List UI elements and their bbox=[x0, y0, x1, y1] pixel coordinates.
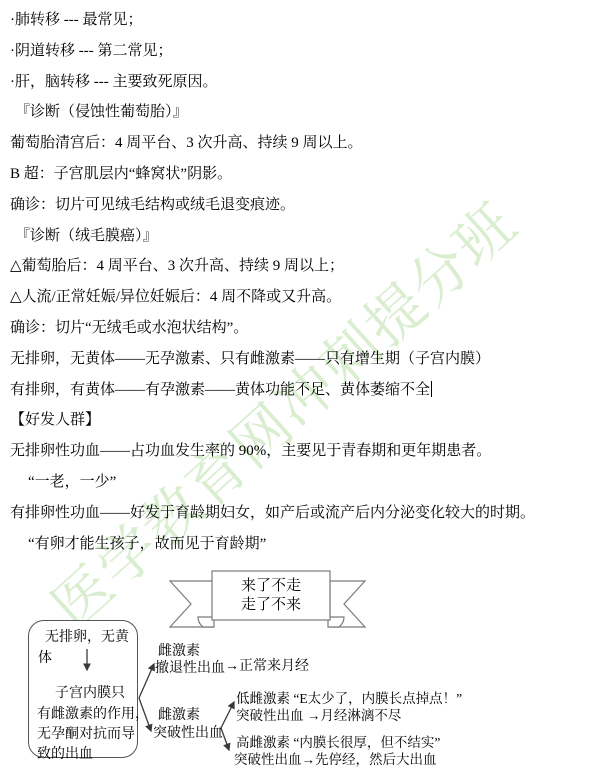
arrow-to-low-estrogen-icon bbox=[221, 702, 234, 728]
doc-line[interactable]: 确诊：切片可见绒毛结构或绒毛退变痕迹。 bbox=[10, 190, 613, 221]
doc-line[interactable]: 确诊：切片“无绒毛或水泡状结构”。 bbox=[10, 313, 613, 344]
ribbon-banner: 来了不走 走了不来 bbox=[212, 572, 330, 620]
low-estrogen-line-2: 突破性出血 →月经淋漓不尽 bbox=[236, 708, 401, 724]
low-estrogen-line-1: 低雌激素 “E太少了，内膜长点掉点！” bbox=[236, 691, 462, 707]
doc-line[interactable]: △葡萄胎后：4 周平台、3 次升高、持续 9 周以上； bbox=[10, 251, 613, 282]
box-line: 体 bbox=[38, 647, 52, 667]
withdrawal-result: →正常来月经 bbox=[225, 659, 309, 675]
withdrawal-label-1: 雌激素 bbox=[158, 644, 200, 660]
document-text-area[interactable]: ·肺转移 --- 最常见； ·阴道转移 --- 第二常见； ·肝，脑转移 ---… bbox=[0, 0, 613, 559]
doc-line[interactable]: “一老，一少” bbox=[10, 467, 613, 498]
withdrawal-label-2: 撤退性出血 bbox=[155, 661, 225, 677]
doc-line[interactable]: ·肺转移 --- 最常见； bbox=[10, 5, 613, 36]
doc-heading[interactable]: 『诊断（侵蚀性葡萄胎）』 bbox=[10, 97, 613, 128]
flow-diagram: 来了不走 走了不来 无排卵，无黄 体 子宫内膜只 有雌激素的作用， 无孕酮对抗而… bbox=[0, 560, 613, 767]
down-arrow-icon bbox=[81, 648, 93, 678]
doc-line[interactable]: “有卵才能生孩子，故而见于育龄期” bbox=[10, 529, 613, 560]
doc-line[interactable]: 无排卵，无黄体——无孕激素、只有雌激素——只有增生期（子宫内膜） bbox=[10, 344, 613, 375]
breakthrough-label-1: 雌激素 bbox=[158, 708, 200, 724]
doc-line[interactable]: 无排卵性功血——占功血发生率的 90%，主要见于青春期和更年期患者。 bbox=[10, 436, 613, 467]
doc-line[interactable]: ·阴道转移 --- 第二常见； bbox=[10, 36, 613, 67]
box-line: 无排卵，无黄 bbox=[45, 626, 129, 646]
doc-line[interactable]: 有排卵性功血——好发于育龄期妇女，如产后或流产后内分泌变化较大的时期。 bbox=[10, 498, 613, 529]
box-line: 致的出血 bbox=[37, 743, 93, 763]
doc-line[interactable]: 葡萄胎清宫后：4 周平台、3 次升高、持续 9 周以上。 bbox=[10, 128, 613, 159]
box-line: 子宫内膜只 bbox=[55, 682, 125, 702]
anovulation-box: 无排卵，无黄 体 子宫内膜只 有雌激素的作用， 无孕酮对抗而导 致的出血 bbox=[28, 620, 138, 758]
box-line: 有雌激素的作用， bbox=[37, 703, 149, 723]
banner-line: 来了不走 bbox=[241, 577, 301, 596]
doc-line[interactable]: B 超：子宫肌层内“蜂窝状”阴影。 bbox=[10, 159, 613, 190]
box-line: 无孕酮对抗而导 bbox=[37, 723, 135, 743]
doc-line[interactable]: 有排卵，有黄体——有孕激素——黄体功能不足、黄体萎缩不全 bbox=[10, 375, 613, 406]
doc-heading[interactable]: 【好发人群】 bbox=[10, 405, 613, 436]
banner-line: 走了不来 bbox=[241, 596, 301, 615]
breakthrough-label-2: 突破性出血 bbox=[153, 726, 223, 742]
arrow-to-withdrawal-icon bbox=[139, 664, 154, 698]
doc-line[interactable]: ·肝，脑转移 --- 主要致死原因。 bbox=[10, 67, 613, 98]
doc-heading[interactable]: 『诊断（绒毛膜癌）』 bbox=[10, 221, 613, 252]
doc-line-text: 有排卵，有黄体——有孕激素——黄体功能不足、黄体萎缩不全 bbox=[10, 382, 430, 398]
text-cursor bbox=[431, 381, 432, 397]
high-estrogen-line-1: 高雌激素 “内膜长很厚，但不结实” bbox=[236, 735, 440, 751]
high-estrogen-line-2: 突破性出血→先停经，然后大出血 bbox=[234, 752, 437, 767]
doc-line[interactable]: △人流/正常妊娠/异位妊娠后：4 周不降或又升高。 bbox=[10, 282, 613, 313]
